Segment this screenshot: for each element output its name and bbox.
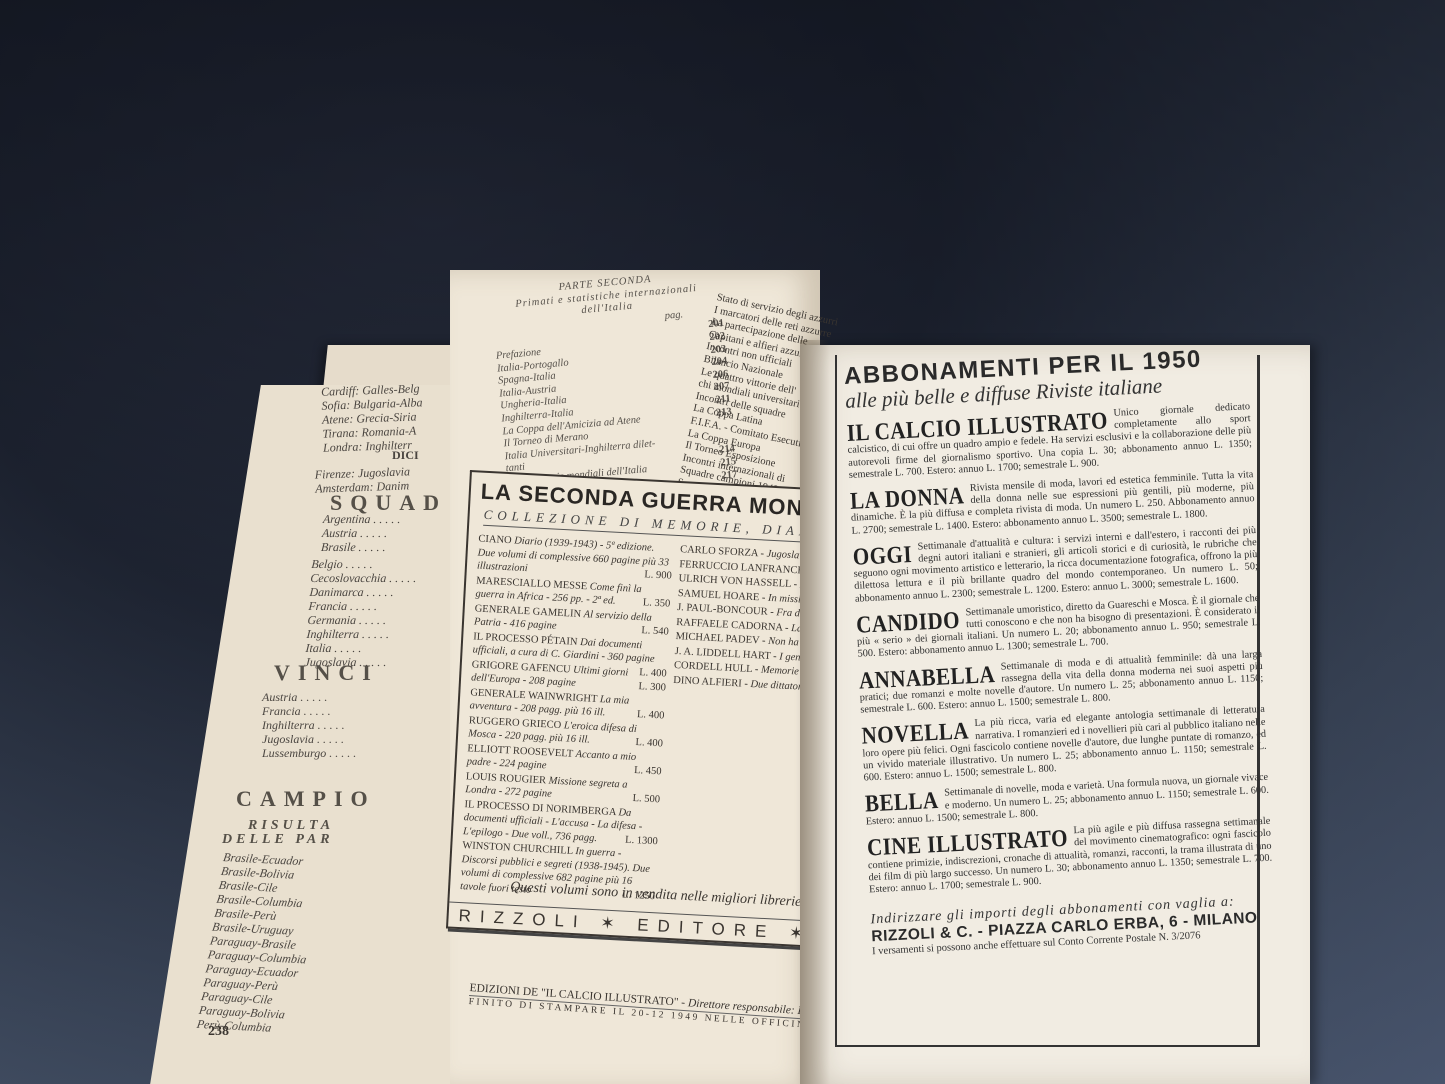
magazine-name: OGGI <box>852 540 912 570</box>
squad-item: Argentina . . . . . <box>322 512 401 526</box>
book-price: L. 500 <box>632 792 660 807</box>
book-author: MICHAEL PADEV <box>675 631 762 647</box>
book-price: L. 400 <box>639 666 667 681</box>
magazine-description: Settimanale d'attualità e cultura: i ser… <box>853 525 1258 604</box>
squad-group-2: Belgio . . . . .Cecoslovacchia . . . . .… <box>304 557 418 669</box>
book-price: L. 450 <box>634 764 662 779</box>
book-author: CIANO <box>478 534 514 547</box>
squad-item: Germania . . . . . <box>307 613 414 627</box>
squad-item: Brasile . . . . . <box>321 540 400 554</box>
ww2-books-ad: LA SECONDA GUERRA MONDI COLLEZIONE DI ME… <box>446 470 832 947</box>
magazine-name: NOVELLA <box>861 717 970 750</box>
book-price: L. 900 <box>644 568 672 583</box>
magazine-entry: IL CALCIO ILLUSTRATOUnico giornale dedic… <box>846 401 1252 482</box>
subscriptions-ad: ABBONAMENTI PER IL 1950 alle più belle e… <box>835 355 1260 1047</box>
book-price: L. 300 <box>638 680 666 695</box>
delle-partite-heading: DELLE PAR <box>222 832 334 848</box>
campio-heading: CAMPIO <box>236 786 376 812</box>
book-author: SAMUEL HOARE <box>678 588 763 603</box>
vinci-item: Inghilterra . . . . . <box>262 718 356 732</box>
vinci-item: Lussemburgo . . . . . <box>262 746 356 760</box>
index-title <box>494 338 495 351</box>
page-number: 238 <box>208 1024 229 1040</box>
squad-item: Austria . . . . . <box>322 526 401 540</box>
book-price: L. 1300 <box>625 833 658 848</box>
squad-item: Cecoslovacchia . . . . . <box>310 571 417 585</box>
magazine-entry: NOVELLALa più ricca, varia ed elegante a… <box>861 704 1267 785</box>
squad-item: Francia . . . . . <box>308 599 415 613</box>
book-price: L. 350 <box>643 596 671 611</box>
magazine-entry: CINE ILLUSTRATOLa più agile e più diffus… <box>867 816 1273 897</box>
dici-heading: DICI <box>392 448 419 462</box>
magazine-name: LA DONNA <box>849 481 964 514</box>
vinci-item: Austria . . . . . <box>262 690 356 704</box>
squad-group-1: Argentina . . . . .Austria . . . . .Bras… <box>321 512 401 554</box>
squad-item: Belgio . . . . . <box>311 557 418 571</box>
book-author: DINO ALFIERI <box>673 674 745 689</box>
book-author: CARLO SFORZA <box>680 544 761 559</box>
vinci-item: Francia . . . . . <box>262 704 356 718</box>
book-price: L. 400 <box>635 736 663 751</box>
magazine-name: CANDIDO <box>856 606 961 639</box>
squad-item: Danimarca . . . . . <box>309 585 416 599</box>
magazine-name: BELLA <box>864 787 939 818</box>
magazine-entry: OGGISettimanale d'attualità e cultura: i… <box>852 525 1258 606</box>
book-price: L. 400 <box>637 708 665 723</box>
gutter-shadow <box>800 340 830 1084</box>
vinci-list: Austria . . . . .Francia . . . . .Inghil… <box>262 690 356 760</box>
left-top-lines: Cardiff: Galles-BelgSofia: Bulgaria-Alba… <box>321 381 424 454</box>
book-author: LOUIS ROUGIER <box>466 771 549 786</box>
book-author: CORDELL HULL <box>674 660 755 675</box>
squad-item: Inghilterra . . . . . <box>306 627 413 641</box>
vinci-item: Jugoslavia . . . . . <box>262 732 356 746</box>
squad-item: Italia . . . . . <box>305 641 412 655</box>
vinci-heading: VINCI <box>274 660 379 686</box>
book-price: L. 540 <box>641 624 669 639</box>
ww2-column-1: CIANO Diario (1939-1943) - 5ª edizione. … <box>460 533 674 905</box>
